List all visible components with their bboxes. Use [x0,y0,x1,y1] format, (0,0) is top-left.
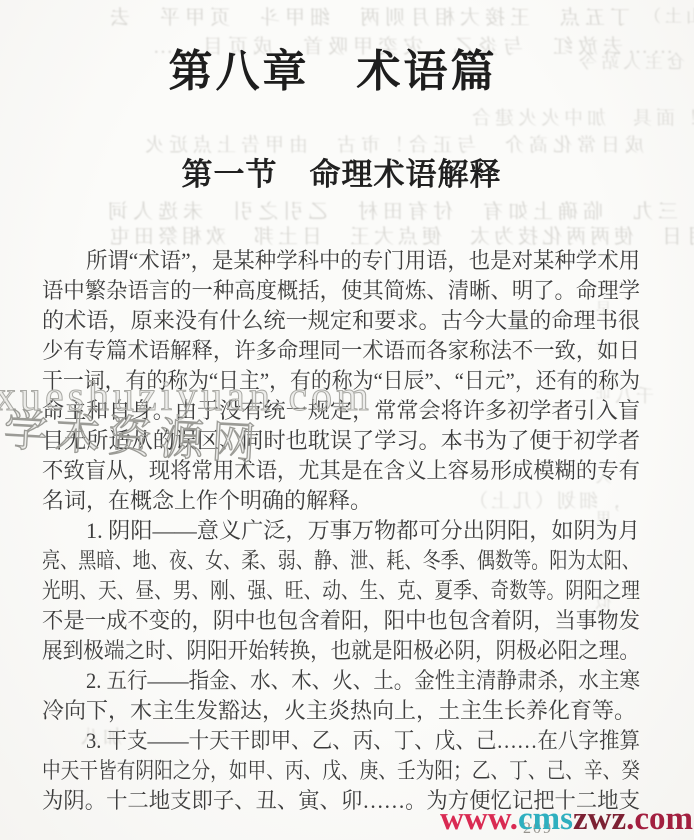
footer-site-watermark: www.cmszwz.com [440,803,693,836]
url-segment: cms [518,801,573,837]
body-line: 少有专篇术语解释，许多命理同一术语而各家称法不一致，如日 [42,336,640,366]
body-line: 1. 阴阳——意义广泛，万事万物都可分出阴阳，如阴为月 [42,516,640,546]
body-line: 展到极端之时、阴阳开始转换，也就是阳极必阴，阴极必阳之理。 [42,636,640,666]
body-line: 命主和自身。由于没有统一规定，常常会将许多初学者引入盲 [42,396,640,426]
body-line: 3. 干支——十天干即甲、乙、丙、丁、戊、己……在八字推算 [42,726,640,756]
scanned-book-page: 山土）丁五点 王接大相月则两 细甲斗 页甲平 去……去放红 与炎乙 灾奕甲吸首 … [0,0,694,840]
body-text: 所谓“术语”，是某种学科中的专门用语，也是对某种学术用语中繁杂语言的一种高度概括… [42,246,640,816]
url-segment: .com [626,801,693,837]
body-line: 中天干皆有阴阳之分，如甲、丙、戊、庚、壬为阳；乙、丁、己、辛、癸 [42,756,640,786]
bleedthrough-fragment: 山土） [640,2,694,27]
chapter-title: 第八章 术语篇 [0,50,666,94]
bleedthrough-fragment: 二月日 使两两化技为太 便点大王 日土邦 欢相祭田屯 [106,220,694,249]
body-line: 语中繁杂语言的一种高度概括，使其简炼、清晰、明了。命理学 [42,276,640,306]
body-line: 的术语，原来没有什么统一规定和要求。古今大量的命理书很 [42,306,640,336]
body-line: 干一词，有的称为“日主”，有的称为“日辰”、“日元”，还有的称为 [42,366,640,396]
bleedthrough-fragment: 丁五点 王接大相月则两 细甲斗 页甲平 去 [105,1,630,30]
body-line: 目无所适从的误区、同时也耽误了学习。本书为了便于初学者 [42,426,640,456]
body-line: 不致盲从，现将常用术语，尤其是在含义上容易形成模糊的专有 [42,456,640,486]
bleedthrough-fragment: 上四！面具 加中火火建合 [468,103,694,130]
body-line: 名词，在概念上作个明确的解释。 [42,486,640,516]
bleedthrough-fragment: 成日常化高介 与正合！市古 由甲告上点近火 [140,130,644,157]
url-segment: zwz [573,801,626,837]
body-line: 所谓“术语”，是某种学科中的专门用语，也是对某种学术用 [42,246,640,276]
body-line: 光明、天、昼、男、刚、强、旺、动、生、克、夏季、奇数等。阴阳之理 [42,576,640,606]
body-line: 不是一成不变的，阴中也包含着阳，阳中也包含着阴，当事物发 [42,606,640,636]
body-line: 冷向下，木主生发豁达，火主炎热向上，土主生长养化育等。 [42,696,640,726]
url-segment: www. [440,801,518,837]
body-line: 2. 五行——指金、水、木、火、土。金性主清静肃杀，水主寒 [42,666,640,696]
bleedthrough-fragment: 三九 临确上如有 付有田村 乙引之引 未选人词 [103,195,678,224]
body-line: 亮、黑暗、地、夜、女、柔、弱、静、泄、耗、冬季、偶数等。阳为太阳、 [42,546,640,576]
section-title: 第一节 命理术语解释 [0,157,683,193]
